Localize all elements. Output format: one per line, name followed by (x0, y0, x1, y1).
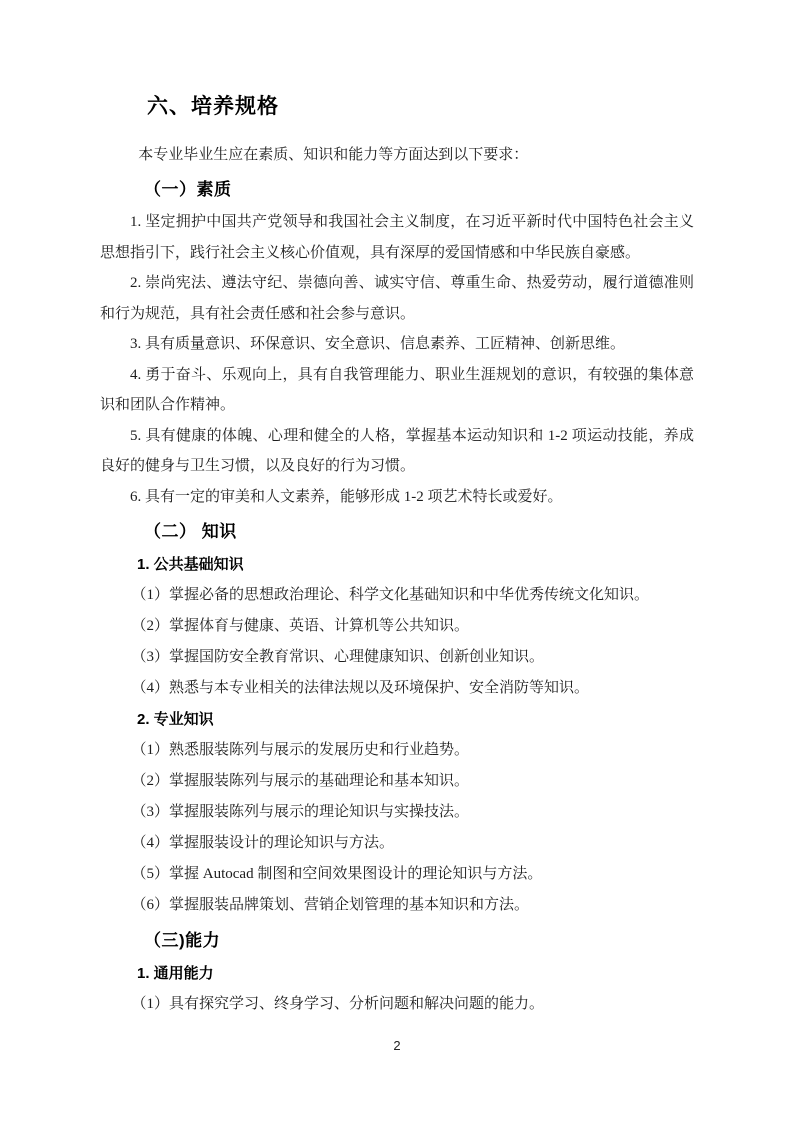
general-ability-item-1: （1）具有探究学习、终身学习、分析问题和解决问题的能力。 (100, 989, 694, 1020)
quality-item-5: 5. 具有健康的体魄、心理和健全的人格，掌握基本运动知识和 1-2 项运动技能，… (100, 421, 694, 482)
section-heading-ability: （三)能力 (144, 928, 694, 954)
section-heading-knowledge: （二） 知识 (144, 519, 694, 545)
quality-item-2: 2. 崇尚宪法、遵法守纪、崇德向善、诚实守信、尊重生命、热爱劳动，履行道德准则和… (100, 268, 694, 329)
professional-item-3: （3）掌握服装陈列与展示的理论知识与实操技法。 (100, 797, 694, 828)
quality-item-1: 1. 坚定拥护中国共产党领导和我国社会主义制度，在习近平新时代中国特色社会主义思… (100, 207, 694, 268)
quality-item-3: 3. 具有质量意识、环保意识、安全意识、信息素养、工匠精神、创新思维。 (100, 329, 694, 360)
section-heading-quality: （一）素质 (144, 177, 694, 203)
document-page: 六、培养规格 本专业毕业生应在素质、知识和能力等方面达到以下要求： （一）素质 … (0, 0, 794, 1123)
professional-item-4: （4）掌握服装设计的理论知识与方法。 (100, 828, 694, 859)
subsection-heading-public-basics: 1. 公共基础知识 (137, 549, 694, 580)
professional-item-1: （1）熟悉服装陈列与展示的发展历史和行业趋势。 (100, 735, 694, 766)
professional-item-5: （5）掌握 Autocad 制图和空间效果图设计的理论知识与方法。 (100, 859, 694, 890)
public-basics-item-3: （3）掌握国防安全教育常识、心理健康知识、创新创业知识。 (100, 642, 694, 673)
public-basics-item-4: （4）熟悉与本专业相关的法律法规以及环境保护、安全消防等知识。 (100, 673, 694, 704)
subsection-heading-general-ability: 1. 通用能力 (137, 958, 694, 989)
public-basics-item-2: （2）掌握体育与健康、英语、计算机等公共知识。 (100, 611, 694, 642)
public-basics-item-1: （1）掌握必备的思想政治理论、科学文化基础知识和中华优秀传统文化知识。 (100, 580, 694, 611)
professional-item-6: （6）掌握服装品牌策划、营销企划管理的基本知识和方法。 (100, 890, 694, 921)
doc-title: 六、培养规格 (147, 94, 694, 120)
professional-item-2: （2）掌握服装陈列与展示的基础理论和基本知识。 (100, 766, 694, 797)
quality-item-6: 6. 具有一定的审美和人文素养，能够形成 1-2 项艺术特长或爱好。 (100, 482, 694, 513)
page-number: 2 (0, 1038, 794, 1053)
doc-intro: 本专业毕业生应在素质、知识和能力等方面达到以下要求： (100, 140, 694, 170)
subsection-heading-professional: 2. 专业知识 (137, 704, 694, 735)
quality-item-4: 4. 勇于奋斗、乐观向上，具有自我管理能力、职业生涯规划的意识，有较强的集体意识… (100, 360, 694, 421)
